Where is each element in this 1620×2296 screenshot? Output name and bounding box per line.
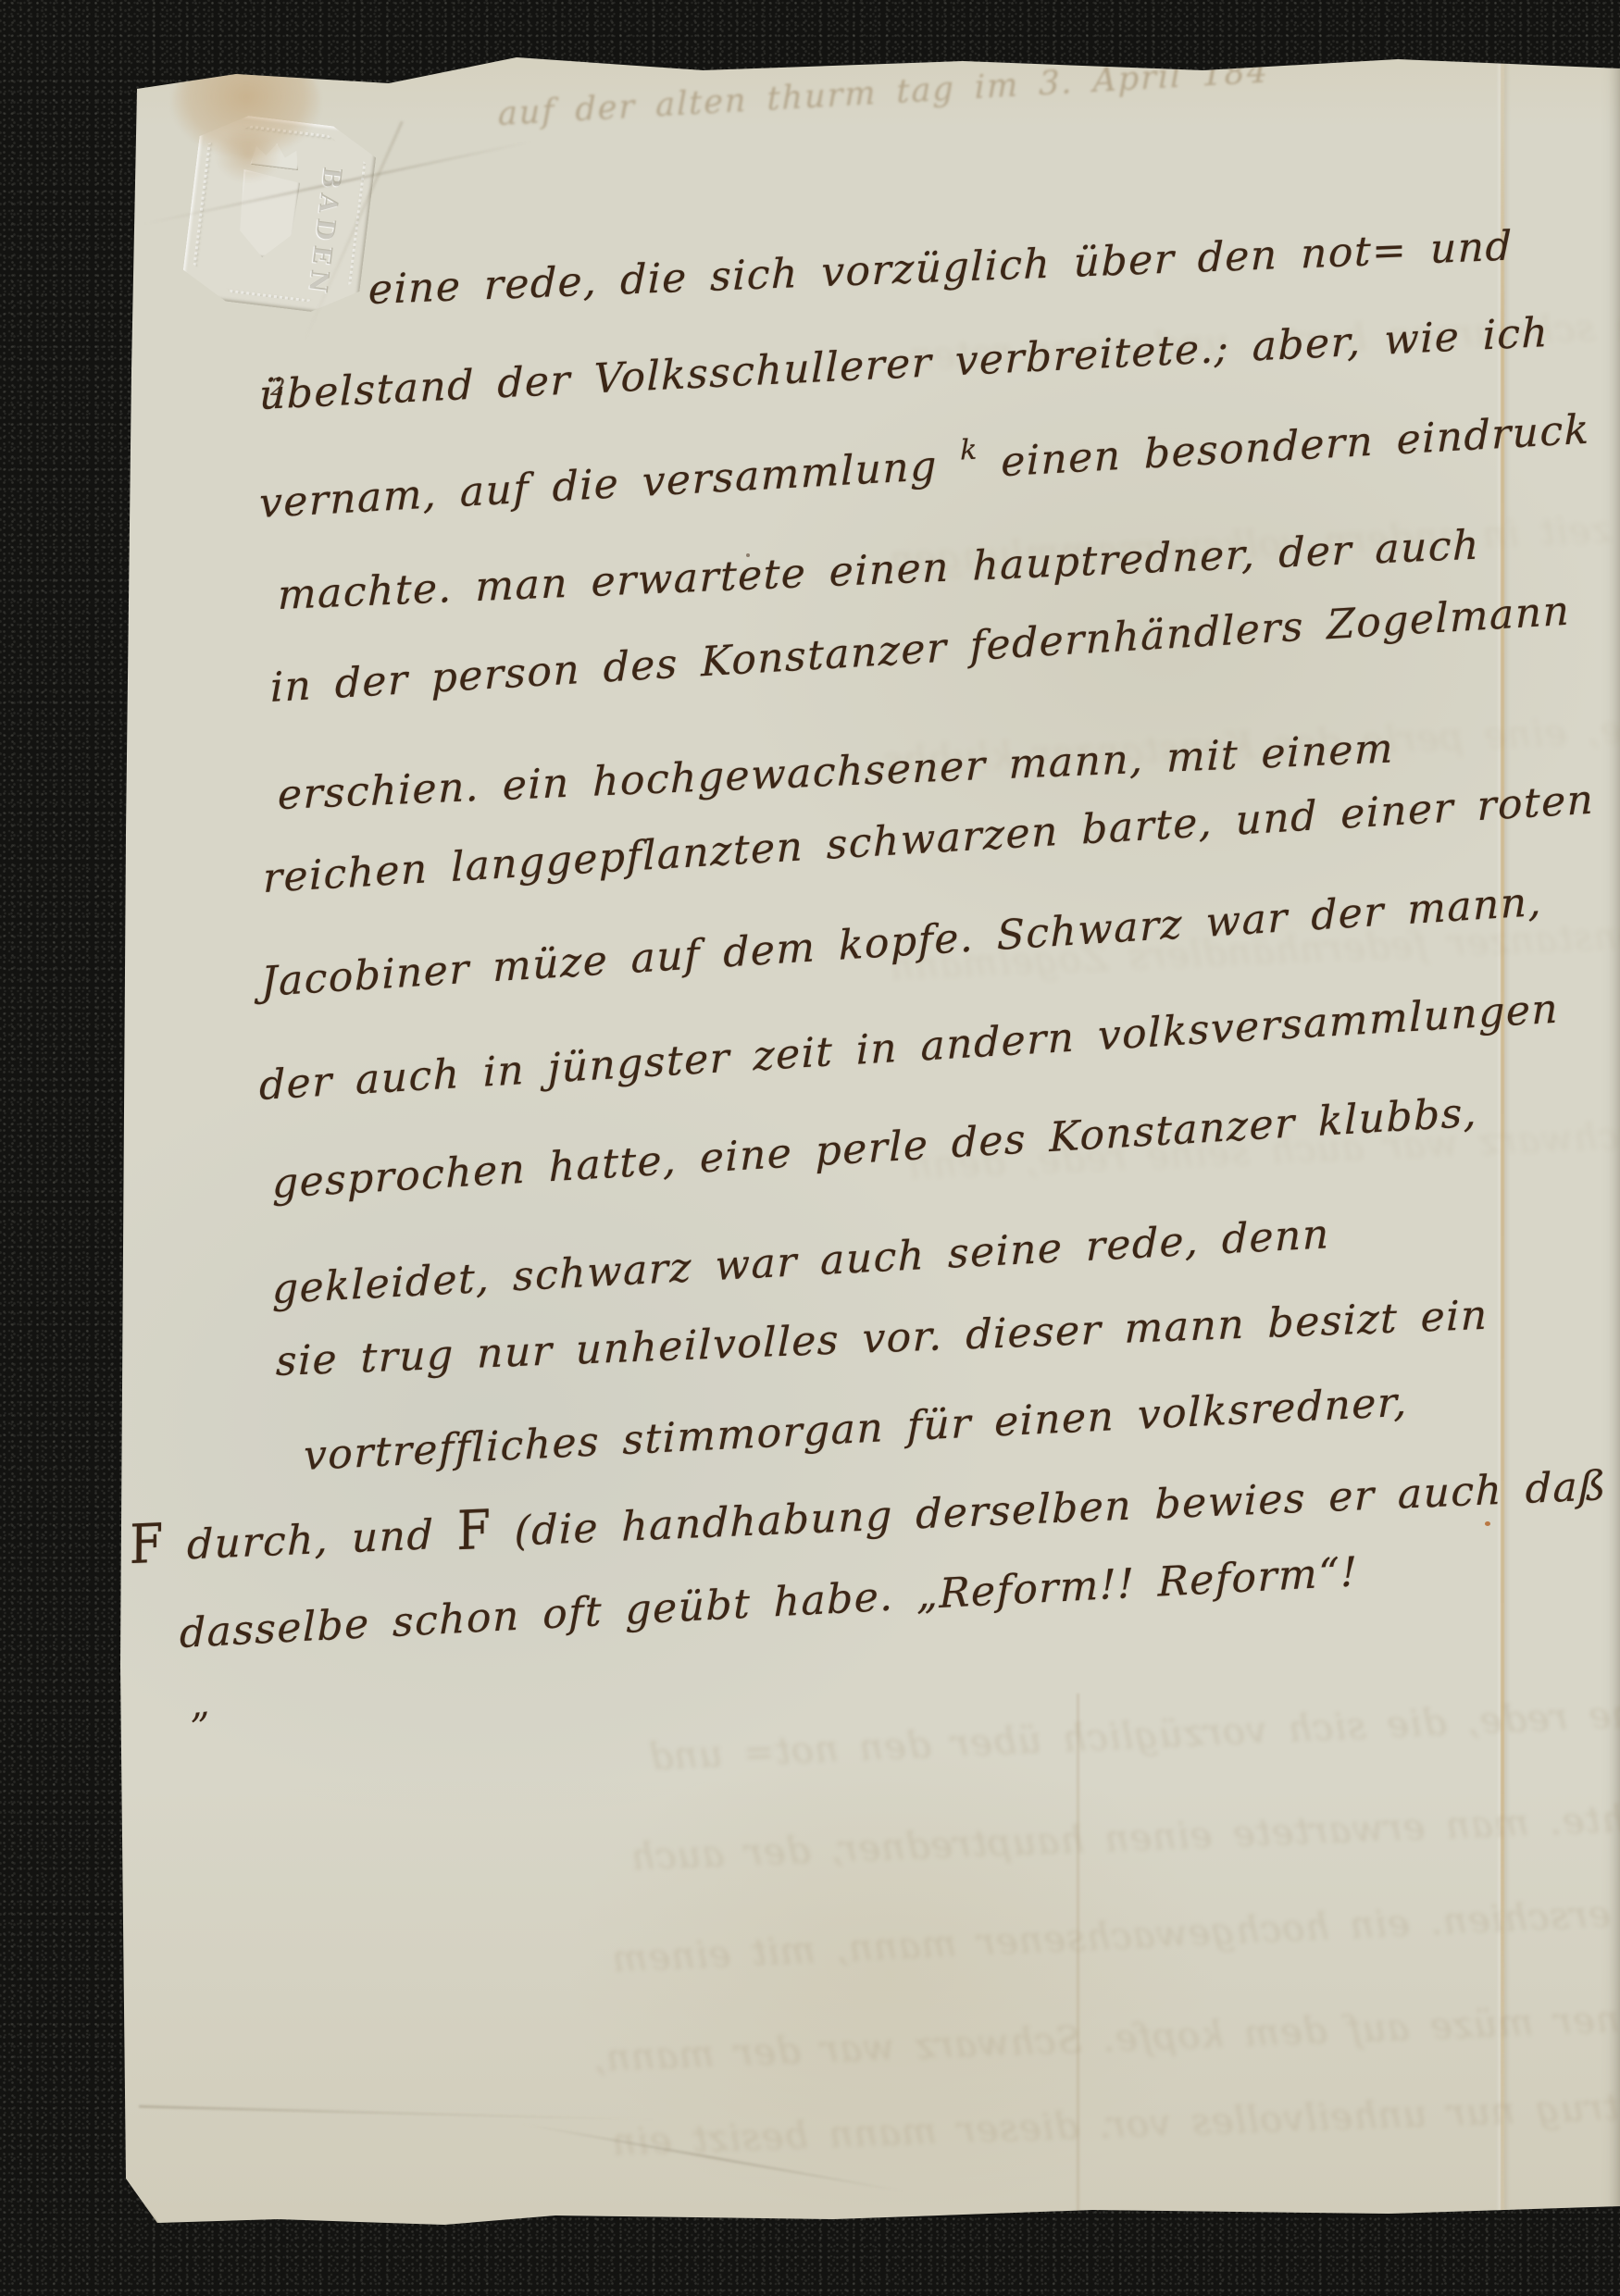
manuscript-line-2: übelstand der Volksschullerer verbreitet… [259, 309, 1549, 419]
line-3-text-a: vernam, auf die versammlung [259, 442, 938, 527]
line-14-text-b: (die handhabung derselben bewies er auch… [514, 1459, 1620, 1556]
wrinkle-bottom-left [139, 2105, 657, 2122]
manuscript-line-12: sie trug nur unheilvolles vor. dieser ma… [276, 1292, 1489, 1385]
rust-speck [1485, 1521, 1490, 1526]
line-14-text-a: durch, und [187, 1510, 457, 1569]
manuscript-line-9: der auch in jüngster zeit in andern volk… [259, 986, 1559, 1110]
wrinkle-bottom-center [521, 2123, 904, 2193]
manuscript-line-13: vortreffliches stimmorgan für einen volk… [304, 1379, 1408, 1480]
showthrough-line: erschien. ein hochgewachsener mann, mit … [611, 1893, 1612, 1981]
showthrough-line: eine rede, die sich vorzüglich über den … [648, 1692, 1620, 1779]
manuscript-line-11: gekleidet, schwarz war auch seine rede, … [272, 1210, 1330, 1313]
manuscript-line-1: eine rede, die sich vorzüglich über den … [368, 222, 1514, 314]
faint-vertical-crease [1077, 1694, 1079, 2221]
paper-stain-small [215, 128, 281, 183]
showthrough-line: Jacobiner müze auf dem kopfe. Schwarz wa… [592, 1993, 1620, 2080]
manuscript-line-3: vernam, auf die versammlung k einen beso… [259, 400, 1590, 527]
manuscript-line-8: Jacobiner müze auf dem kopfe. Schwarz wa… [261, 878, 1543, 1006]
manuscript-line-10: gesprochen hatte, eine perle des Konstan… [272, 1089, 1477, 1208]
showthrough-line: sie trug nur unheilvolles vor. dieser ma… [611, 2084, 1620, 2165]
line-3-text-b: einen besondern eindruck [1001, 406, 1589, 487]
superscript-mark: 2 [270, 374, 286, 402]
faded-header-annotation: auf der alten thurm tag im 3. April 184 [498, 53, 1269, 133]
vertical-fold-crease [1501, 61, 1504, 2217]
showthrough-line: machte. man erwartete einen hauptredner,… [629, 1795, 1620, 1880]
manuscript-line-15: dasselbe schon oft geübt habe. „Reform!!… [180, 1548, 1358, 1657]
insertion-caret: F [130, 1513, 165, 1577]
inserted-letter: k [960, 434, 978, 467]
album-background: BADEN auf der alten thurm tag im 3. Apri… [0, 0, 1620, 2296]
folded-corner [126, 2178, 159, 2225]
manuscript-page: BADEN auf der alten thurm tag im 3. Apri… [0, 0, 1620, 2296]
continuation-quote-mark: „ [186, 1680, 211, 1727]
insertion-caret: F [456, 1499, 492, 1563]
